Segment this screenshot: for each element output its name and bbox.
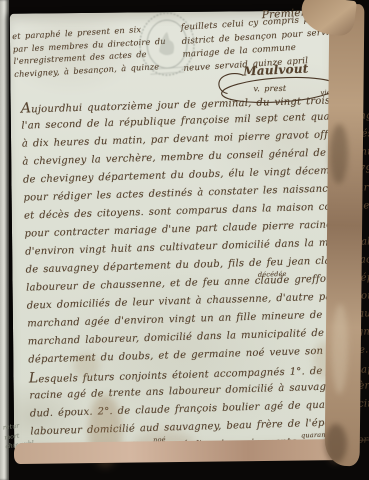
- signature-annotation: v. prest: [253, 84, 286, 93]
- manuscript-page: Premier et paraphé le present en six par…: [10, 10, 351, 451]
- signature-name: Maulvout: [243, 62, 309, 79]
- adjacent-page-strip: [0, 0, 9, 480]
- archive-scan: Premier et paraphé le present en six par…: [0, 0, 369, 480]
- edge-texture-blotch: [330, 124, 349, 184]
- oval-ink-stamp-icon: [132, 7, 203, 82]
- book-fore-edge: [325, 4, 365, 466]
- page-bottom-torn-edge: [14, 439, 348, 464]
- edge-texture-blotch: [325, 424, 347, 464]
- edge-texture-blotch: [331, 304, 348, 394]
- act-text: vieux st. décédée Aujourdhui quatorzième…: [21, 90, 354, 459]
